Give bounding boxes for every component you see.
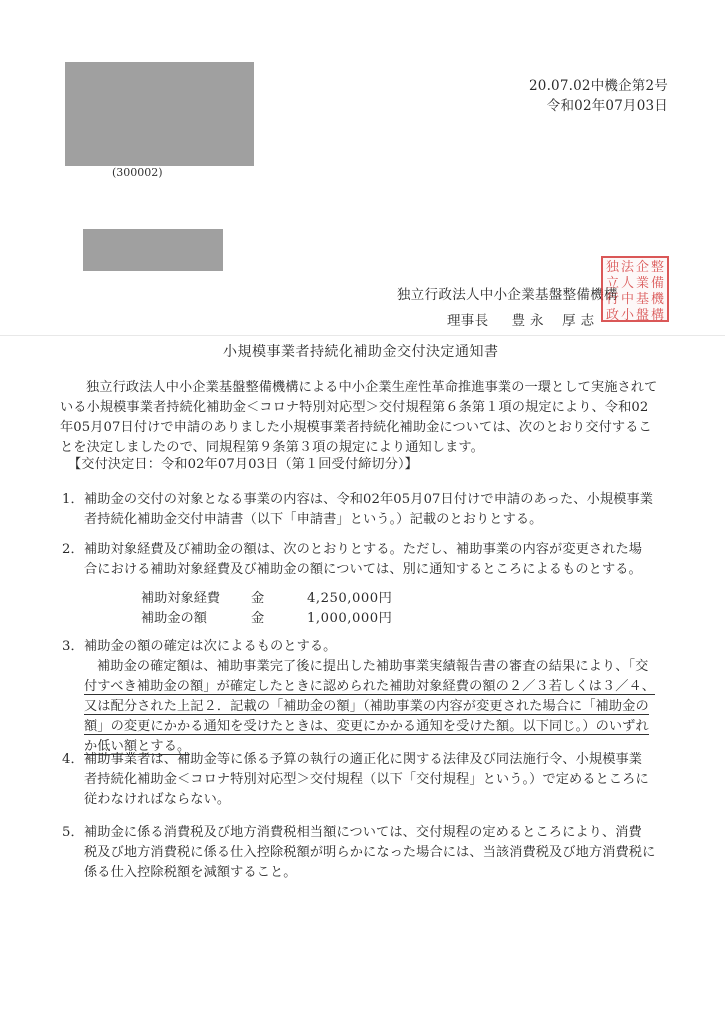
- clause-number: 3．: [62, 637, 84, 657]
- clause-line: 係る仕入控除税額を減額すること。: [62, 863, 702, 883]
- clause-5: 5．補助金に係る消費税及び地方消費税相当額については、交付規程の定めるところによ…: [62, 823, 702, 883]
- clause-number: 5．: [62, 823, 84, 843]
- clause-line: 従わなければならない。: [62, 790, 702, 810]
- amount-value: 4,250,000円: [307, 589, 427, 609]
- clause-line: 補助対象経費及び補助金の額は、次のとおりとする。ただし、補助事業の内容が変更され…: [84, 542, 642, 557]
- amount-row-subsidy: 補助金の額 金 1,000,000円: [141, 609, 427, 629]
- seal-char: 業: [635, 276, 650, 292]
- clause-4: 4．補助事業者は、補助金等に係る予算の執行の適正化に関する法律及び同法施行令、小…: [62, 750, 702, 810]
- issuer-signatory: 理事長 豊 永 厚 志: [447, 309, 594, 329]
- intro-line: 独立行政法人中小企業基盤整備機構による中小企業生産性革命推進事業の一環として実施…: [60, 378, 700, 398]
- amount-prefix: 金: [251, 609, 307, 629]
- recipient-code: (300002): [112, 166, 163, 179]
- seal-char: 備: [650, 276, 665, 292]
- clause-line: 補助金の交付の対象となる事業の内容は、令和02年05月07日付けで申請のあった、…: [84, 492, 653, 507]
- decision-date: 【交付決定日：令和02年07月03日（第１回受付締切分）】: [68, 455, 418, 475]
- underlined-text: 額」の変更にかかる通知を受けたときは、変更にかかる通知を受けた額。以下同じ。）の…: [84, 719, 649, 735]
- seal-char: 政: [605, 308, 620, 324]
- intro-line: いる小規模事業者持続化補助金＜コロナ特別対応型＞交付規程第６条第１項の規定により…: [60, 398, 700, 418]
- clause-line: 又は配分された上記２．記載の「補助金の額」（補助事業の内容が変更された場合に「補…: [62, 697, 702, 717]
- seal-char: 人: [620, 276, 635, 292]
- underlined-text: 付すべき補助金の額」が確定したときに認められた補助対象経費の額の２／３若しくは３…: [84, 679, 655, 695]
- issue-date: 令和02年07月03日: [529, 96, 668, 116]
- amount-row-eligible-expenses: 補助対象経費 金 4,250,000円: [141, 589, 427, 609]
- document-title: 小規模事業者持続化補助金交付決定通知書: [223, 341, 499, 361]
- recipient-address-redacted: [65, 62, 254, 166]
- issuer-name: 豊 永 厚 志: [512, 313, 595, 329]
- clause-number: 1．: [62, 490, 84, 510]
- seal-char: 行: [605, 292, 620, 308]
- amount-prefix: 金: [251, 589, 307, 609]
- reference-number: 20.07.02中機企第2号: [529, 76, 668, 96]
- amount-label: 補助対象経費: [141, 589, 251, 609]
- amount-label: 補助金の額: [141, 609, 251, 629]
- seal-char: 小: [620, 308, 635, 324]
- clause-line: 税及び地方消費税に係る仕入控除税額が明らかになった場合には、当該消費税及び地方消…: [62, 843, 702, 863]
- seal-char: 盤: [635, 308, 650, 324]
- scan-artifact-line: [0, 335, 725, 336]
- recipient-name-redacted: [83, 229, 223, 271]
- seal-char: 独: [605, 260, 620, 276]
- clause-line-text: 補助金の確定額は、補助事業完了後に提出した補助事業実績報告書の審査の結果により、…: [97, 659, 648, 674]
- underlined-text: 又は配分された上記２．記載の「補助金の額」（補助事業の内容が変更された場合に「補…: [84, 699, 649, 715]
- document-header-ref: 20.07.02中機企第2号 令和02年07月03日: [529, 76, 668, 116]
- clause-line: 補助金に係る消費税及び地方消費税相当額については、交付規程の定めるところにより、…: [84, 825, 642, 840]
- clause-3: 3．補助金の額の確定は次によるものとする。 補助金の確定額は、補助事業完了後に提…: [62, 637, 702, 757]
- clause-line: 者持続化補助金交付申請書（以下「申請書」という。）記載のとおりとする。: [62, 510, 702, 530]
- amounts-table: 補助対象経費 金 4,250,000円 補助金の額 金 1,000,000円: [141, 589, 427, 629]
- clause-line: 合における補助対象経費及び補助金の額については、別に通知するところによるものとす…: [62, 560, 702, 580]
- issuer-title: 理事長: [447, 313, 488, 329]
- seal-char: 企: [635, 260, 650, 276]
- clause-line: 額」の変更にかかる通知を受けたときは、変更にかかる通知を受けた額。以下同じ。）の…: [62, 717, 702, 737]
- intro-paragraph: 独立行政法人中小企業基盤整備機構による中小企業生産性革命推進事業の一環として実施…: [60, 378, 700, 458]
- intro-line: 年05月07日付けで申請のありました小規模事業者持続化補助金については、次のとお…: [60, 418, 700, 438]
- clause-number: 2．: [62, 540, 84, 560]
- issuer-organization: 独立行政法人中小企業基盤整備機構: [397, 283, 618, 303]
- seal-char: 中: [620, 292, 635, 308]
- seal-char: 整: [650, 260, 665, 276]
- seal-char: 構: [650, 308, 665, 324]
- seal-char: 立: [605, 276, 620, 292]
- seal-char: 法: [620, 260, 635, 276]
- clause-line: 補助事業者は、補助金等に係る予算の執行の適正化に関する法律及び同法施行令、小規模…: [84, 752, 642, 767]
- clause-line: 補助金の確定額は、補助事業完了後に提出した補助事業実績報告書の審査の結果により、…: [62, 657, 702, 677]
- clause-line: 者持続化補助金＜コロナ特別対応型＞交付規程（以下「交付規程」という。）で定めると…: [62, 770, 702, 790]
- clause-2: 2．補助対象経費及び補助金の額は、次のとおりとする。ただし、補助事業の内容が変更…: [62, 540, 702, 580]
- official-seal: 独 法 企 整 立 人 業 備 行 中 基 機 政 小 盤 構: [601, 256, 669, 322]
- seal-char: 機: [650, 292, 665, 308]
- seal-char: 基: [635, 292, 650, 308]
- clause-line: 付すべき補助金の額」が確定したときに認められた補助対象経費の額の２／３若しくは３…: [62, 677, 702, 697]
- clause-number: 4．: [62, 750, 84, 770]
- clause-heading: 補助金の額の確定は次によるものとする。: [84, 639, 336, 654]
- clause-1: 1．補助金の交付の対象となる事業の内容は、令和02年05月07日付けで申請のあっ…: [62, 490, 702, 530]
- amount-value: 1,000,000円: [307, 609, 427, 629]
